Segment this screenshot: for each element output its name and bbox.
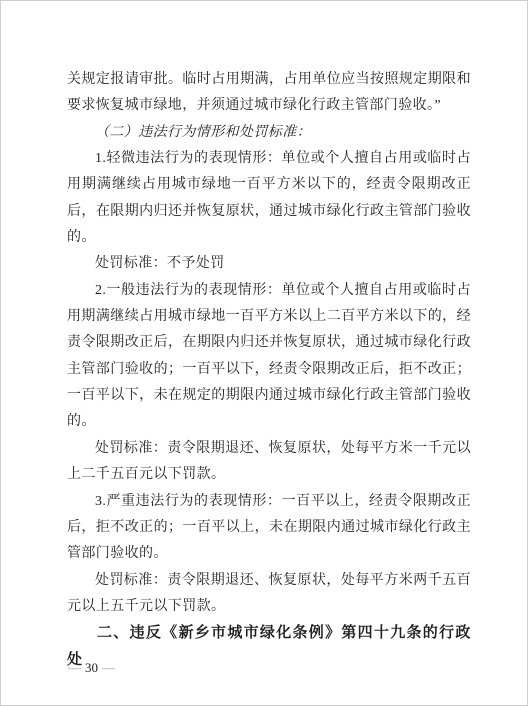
text-line: 用期满继续占用城市绿地一百平方米以上二百平方米以下的，经: [67, 304, 471, 330]
text-line: （二）违法行为情形和处罚标准：: [67, 120, 471, 146]
text-line: 用期满继续占用城市绿地一百平方米以下的，经责令限期改正: [67, 172, 471, 198]
text-line: 3.严重违法行为的表现情形：一百平以上，经责令限期改正: [67, 489, 471, 515]
text-line: 1.轻微违法行为的表现情形：单位或个人擅自占用或临时占: [67, 146, 471, 172]
text-line: 一百平以下，未在规定的期限内通过城市绿化行政主管部门验收: [67, 383, 471, 409]
text-line: 后，在限期内归还并恢复原状，通过城市绿化行政主管部门验收: [67, 199, 471, 225]
page-footer: — 30 —: [68, 660, 115, 676]
text-line: 处罚标准：责令限期退还、恢复原状，处每平方米一千元以: [67, 436, 471, 462]
text-line: 2.一般违法行为的表现情形：单位或个人擅自占用或临时占: [67, 278, 471, 304]
text-line: 后，拒不改正的；一百平以上，未在期限内通过城市绿化行政主: [67, 515, 471, 541]
document-page: 关规定报请审批。临时占用期满，占用单位应当按照规定期限和要求恢复城市绿地，并须通…: [0, 0, 528, 706]
text-line: 的。: [67, 225, 471, 251]
document-body: 关规定报请审批。临时占用期满，占用单位应当按照规定期限和要求恢复城市绿地，并须通…: [67, 67, 471, 647]
text-line: 处罚标准：责令限期退还、恢复原状，处每平方米两千五百: [67, 568, 471, 594]
text-line: 的。: [67, 409, 471, 435]
text-line: 上二千五百元以下罚款。: [67, 462, 471, 488]
text-line: 管部门验收的。: [67, 541, 471, 567]
page-number: 30: [85, 660, 98, 676]
footer-dash-left: —: [68, 660, 81, 676]
text-line: 处罚标准：不予处罚: [67, 251, 471, 277]
text-line: 关规定报请审批。临时占用期满，占用单位应当按照规定期限和: [67, 67, 471, 93]
section-heading-line: 二、违反《新乡市城市绿化条例》第四十九条的行政处: [67, 620, 471, 646]
footer-dash-right: —: [102, 660, 115, 676]
text-line: 要求恢复城市绿地，并须通过城市绿化行政主管部门验收。”: [67, 93, 471, 119]
text-line: 责令限期改正后，在期限内归还并恢复原状，通过城市绿化行政: [67, 330, 471, 356]
text-line: 主管部门验收的；一百平以下，经责令限期改正后，拒不改正；: [67, 357, 471, 383]
text-line: 元以上五千元以下罚款。: [67, 594, 471, 620]
